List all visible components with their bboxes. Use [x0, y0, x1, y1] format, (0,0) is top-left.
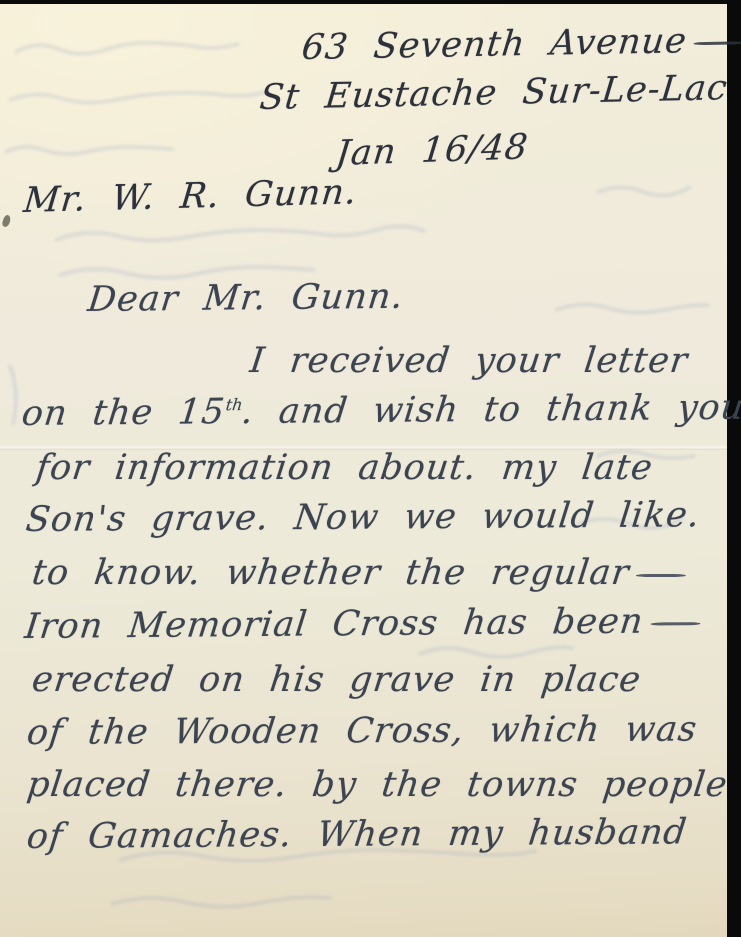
scanned-letter-page: 63 Seventh Avenue St Eustache Sur-Le-Lac… — [0, 0, 741, 937]
body-line-2-pre: on the 15 — [20, 392, 228, 434]
ink-speck — [1, 214, 11, 228]
body-line-3: for information about. my late — [34, 451, 655, 486]
body-line-6: Iron Memorial Cross has been — [23, 604, 702, 645]
salutation-line: Dear Mr. Gunn. — [86, 280, 406, 318]
date-line: Jan 16/48 — [334, 130, 530, 172]
body-line-5: to know. whether the regular — [30, 556, 688, 591]
body-line-4: Son's grave. Now we would like. — [24, 498, 702, 538]
body-line-8: of the Wooden Cross, which was — [25, 712, 699, 751]
body-line-7: erected on his grave in place — [30, 663, 643, 698]
address-line-1: 63 Seventh Avenue — [300, 23, 741, 66]
body-line-1: I received your letter — [248, 344, 690, 379]
body-line-2-post: . and wish to thank you — [239, 388, 741, 432]
body-line-10: of Gamaches. When my husband — [25, 815, 689, 855]
letter-paper: 63 Seventh Avenue St Eustache Sur-Le-Lac… — [0, 4, 727, 937]
address-line-2: St Eustache Sur-Le-Lac — [258, 71, 729, 116]
recipient-line: Mr. W. R. Gunn. — [22, 175, 359, 219]
body-line-9: placed there. by the towns people — [25, 768, 730, 803]
body-line-2: on the 15th. and wish to thank you — [20, 391, 741, 432]
